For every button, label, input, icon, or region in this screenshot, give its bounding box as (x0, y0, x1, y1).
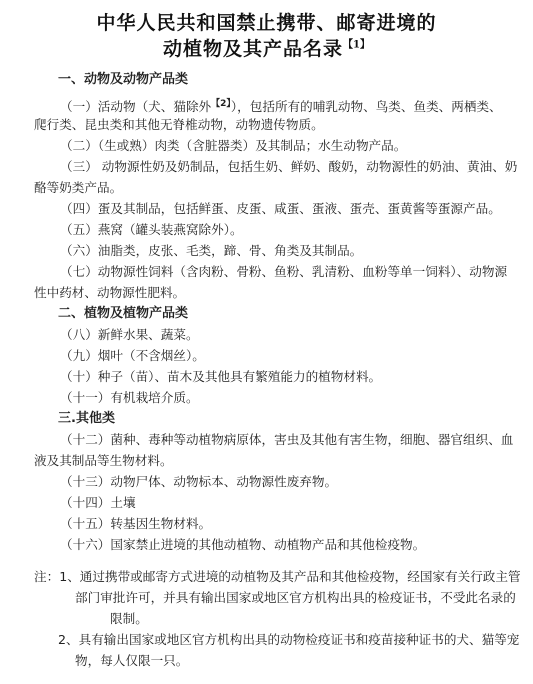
document-title-line2: 动植物及其产品名录【1】 (0, 34, 533, 61)
section-heading-animals: 一、动物及动物产品类 (58, 72, 188, 88)
section-heading-plants: 二、植物及植物产品类 (58, 306, 188, 322)
note-1-line3: 限制。 (110, 611, 148, 627)
item-3-line2: 酪等奶类产品。 (34, 180, 122, 196)
item-12-line2: 液及其制品等生物材料。 (34, 453, 173, 469)
item-3-line1: （三） 动物源性奶及奶制品，包括生奶、鲜奶、酸奶，动物源性的奶油、黄油、奶 (60, 159, 517, 175)
item-1-text-a: （一）活动物（犬、猫除外 (60, 99, 211, 114)
item-6: （六）油脂类，皮张、毛类，蹄、骨、角类及其制品。 (60, 243, 362, 259)
item-9: （九）烟叶（不含烟丝）。 (60, 348, 205, 364)
item-7-line2: 性中药材、动物源性肥料。 (34, 285, 185, 301)
item-1-line1: （一）活动物（犬、猫除外【2】），包括所有的哺乳动物、鸟类、鱼类、两栖类、 (60, 96, 502, 115)
item-15: （十五）转基因生物材料。 (60, 516, 211, 532)
item-14: （十四）土壤 (60, 495, 136, 511)
item-12-line1: （十二）菌种、毒种等动植物病原体，害虫及其他有害生物，细胞、器官组织、血 (60, 432, 513, 448)
document-title-line1: 中华人民共和国禁止携带、邮寄进境的 (0, 8, 533, 35)
item-10: （十）种子（苗）、苗木及其他具有繁殖能力的植物材料。 (60, 369, 381, 385)
note-1-line2: 部门审批许可，并具有输出国家或地区官方机构出具的检疫证书，不受此名录的 (75, 590, 516, 606)
title-footnote-ref: 【1】 (343, 40, 370, 51)
item-1-text-b: ），包括所有的哺乳动物、鸟类、鱼类、两栖类、 (231, 99, 502, 114)
section-heading-others: 三.其他类 (58, 411, 115, 427)
note-2-line2: 物，每人仅限一只。 (75, 653, 188, 669)
item-16: （十六）国家禁止进境的其他动植物、动植物产品和其他检疫物。 (60, 537, 425, 553)
item-1-footnote-ref: 【2】 (211, 99, 231, 109)
item-7-line1: （七）动物源性饲料（含肉粉、骨粉、鱼粉、乳清粉、血粉等单一饲料）、动物源 (60, 264, 507, 280)
item-1-line2: 爬行类、昆虫类和其他无脊椎动物，动物遗传物质。 (34, 117, 324, 133)
item-8: （八）新鲜水果、蔬菜。 (60, 327, 199, 343)
item-5: （五）燕窝（罐头装燕窝除外）。 (60, 222, 243, 238)
item-13: （十三）动物尸体、动物标本、动物源性废弃物。 (60, 474, 337, 490)
note-2-line1: 2、具有输出国家或地区官方机构出具的动物检疫证书和疫苗接种证书的犬、猫等宠 (58, 632, 519, 648)
note-1-line1: 注：1、通过携带或邮寄方式进境的动植物及其产品和其他检疫物，经国家有关行政主管 (34, 569, 521, 585)
item-4: （四）蛋及其制品，包括鲜蛋、皮蛋、咸蛋、蛋液、蛋壳、蛋黄酱等蛋源产品。 (60, 201, 501, 217)
item-2: （二）（生或熟）肉类（含脏器类）及其制品；水生动物产品。 (60, 138, 406, 154)
item-11: （十一）有机栽培介质。 (60, 390, 199, 406)
title-text: 动植物及其产品名录 (163, 38, 343, 60)
